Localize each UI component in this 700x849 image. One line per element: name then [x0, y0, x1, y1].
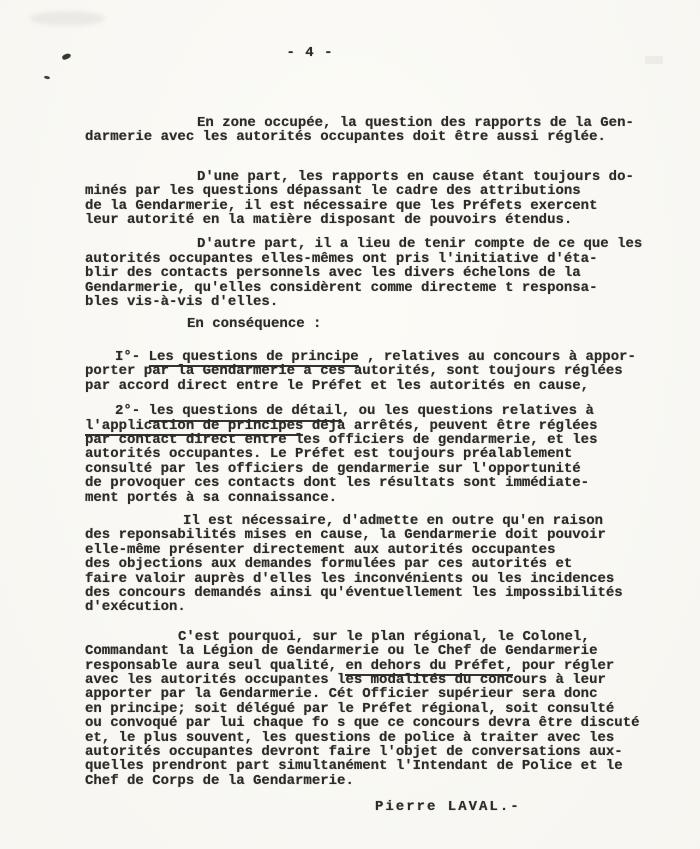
paragraph: I°- Les questions de principe , relative…	[85, 350, 670, 393]
text-line: faire valoir auprès d'elles les inconvén…	[85, 572, 670, 586]
text-line: Gendarmerie, qu'elles considèrent comme …	[85, 281, 670, 295]
text-line: D'autre part, il a lieu de tenir compte …	[85, 237, 670, 251]
text-line: des objections aux demandes formulées pa…	[85, 557, 670, 571]
scanned-page: - 4 - En zone occupée, la question des r…	[0, 0, 700, 849]
scan-speck	[44, 75, 50, 79]
page-number: - 4 -	[0, 45, 620, 61]
text-line: de la Gendarmerie, il est nécessaire que…	[85, 199, 670, 213]
scan-smudge	[30, 11, 105, 26]
paragraph: D'une part, les rapports en cause étant …	[85, 170, 670, 228]
text-line: elle-même présenter directement aux auto…	[85, 543, 670, 557]
text-line: Chef de Corps de la Gendarmerie.	[85, 774, 670, 788]
text-line: apporter par la Gendarmerie. Cét Officie…	[85, 687, 670, 701]
text-line: par accord direct entre le Préfet et les…	[85, 379, 670, 393]
paragraph: 2°- les questions de détail, ou les ques…	[85, 404, 670, 505]
paragraph: C'est pourquoi, sur le plan régional, le…	[85, 630, 670, 788]
text-line: 2°- les questions de détail, ou les ques…	[85, 404, 670, 418]
scan-smudge	[645, 56, 663, 64]
text-line: responsable aura seul qualité, en dehors…	[85, 659, 670, 673]
text-line: l'application de principes déjà arrêtés,…	[85, 419, 670, 433]
paragraph: D'autre part, il a lieu de tenir compte …	[85, 237, 670, 309]
text-line: de provoquer ces contacts dont les résul…	[85, 476, 670, 490]
text-line: Commandant la Légion de Gendarmerie ou l…	[85, 644, 670, 658]
text-line: darmerie avec les autorités occupantes d…	[85, 130, 670, 144]
text-line: autorités occupantes. Le Préfet est touj…	[85, 447, 670, 461]
paragraph: Il est nécessaire, d'admette en outre qu…	[85, 514, 670, 615]
text-line: blir des contacts personnels avec les di…	[85, 266, 670, 280]
text-line: En conséquence :	[85, 317, 670, 331]
text-line: ou convoqué par lui chaque fo s que ce c…	[85, 716, 670, 730]
document-text: En zone occupée, la question des rapport…	[85, 116, 670, 815]
text-line: bles vis-à-vis d'elles.	[85, 295, 670, 309]
signature: Pierre LAVAL.-	[85, 800, 670, 814]
paragraph: En zone occupée, la question des rapport…	[85, 116, 670, 145]
paragraph: En conséquence :	[85, 317, 670, 331]
text-line: quelles prendront part simultanément l'I…	[85, 759, 670, 773]
text-line: minés par les questions dépassant le cad…	[85, 184, 670, 198]
text-line: des reponsabilités mises en cause, la Ge…	[85, 528, 670, 542]
text-line: porter par la Gendarmerie a ces autorité…	[85, 364, 670, 378]
text-line: leur autorité en la matière disposant de…	[85, 213, 670, 227]
text-line: consulté par les officiers de gendarmeri…	[85, 462, 670, 476]
document-body: En zone occupée, la question des rapport…	[85, 116, 670, 788]
text-line: et, le plus souvent, les questions de po…	[85, 731, 670, 745]
text-line: d'exécution.	[85, 600, 670, 614]
text-line: ment portés à sa connaissance.	[85, 491, 670, 505]
